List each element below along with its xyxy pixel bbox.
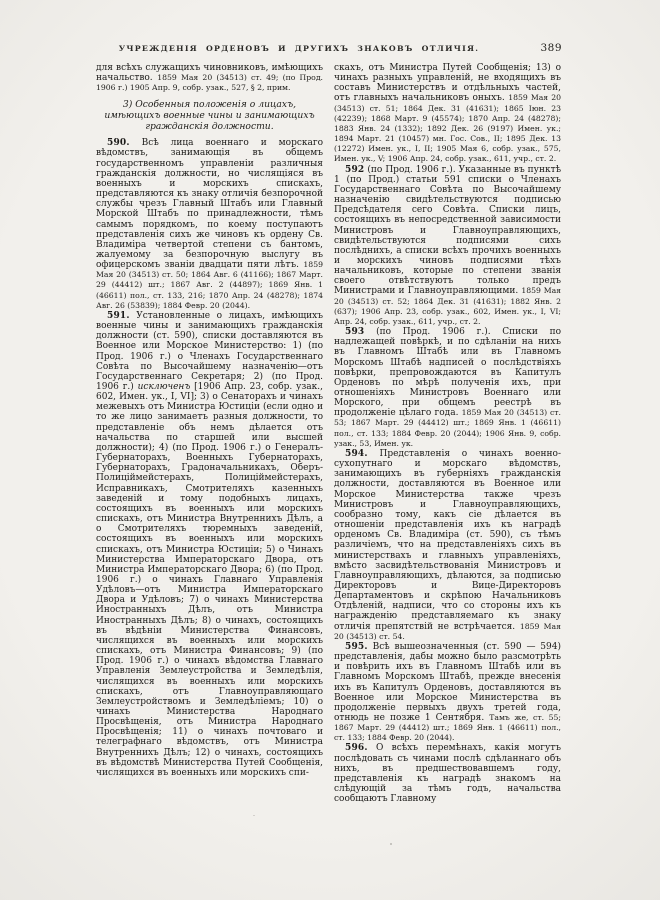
paragraph-continuation: для всѣхъ служащихъ чиновниковъ, имѣющих… (96, 63, 323, 93)
article-593: 593 (по Прод. 1906 г.). Списки по надлеж… (334, 327, 561, 449)
article-number: 596. (345, 743, 368, 753)
article-number: 593 (345, 327, 364, 337)
article-number: 594. (345, 449, 368, 459)
article-594: 594. Представленія о чинахъ военно-сухоп… (334, 449, 561, 642)
page-header: УЧРЕЖДЕНІЯ ОРДЕНОВЪ И ДРУГИХЪ ЗНАКОВЪ ОТ… (96, 44, 562, 58)
scan-speck (253, 815, 255, 816)
article-596: 596. О всѣхъ перемѣнахъ, какія могутъ по… (334, 743, 561, 804)
running-head: УЧРЕЖДЕНІЯ ОРДЕНОВЪ И ДРУГИХЪ ЗНАКОВЪ ОТ… (96, 44, 502, 53)
article-body: Всѣ вышеозначенныя (ст. 590 — 594) предс… (334, 642, 561, 723)
article-595: 595. Всѣ вышеозначенныя (ст. 590 — 594) … (334, 642, 561, 744)
article-number: 591. (107, 311, 130, 321)
article-body: (по Прод. 1906 г.). Списки по надлежащей… (334, 327, 561, 418)
page-number: 389 (540, 42, 562, 54)
article-body: Установленные о лицахъ, имѣющихъ военные… (96, 311, 323, 392)
article-citation: 1859 Мая 20 (34513) ст. 51; 1864 Дек. 31… (334, 93, 561, 163)
text-column-left: для всѣхъ служащихъ чиновниковъ, имѣющих… (96, 63, 323, 804)
article-body-italic: исключенъ (138, 382, 191, 392)
article-591-continued: скахъ, отъ Министра Путей Сообщенія; 13)… (334, 63, 561, 165)
scanned-page: УЧРЕЖДЕНІЯ ОРДЕНОВЪ И ДРУГИХЪ ЗНАКОВЪ ОТ… (0, 0, 660, 900)
article-body: О всѣхъ перемѣнахъ, какія могутъ послѣдо… (334, 743, 561, 804)
article-body: [1906 Апр. 23, собр. узак., 602, Имен. у… (96, 382, 323, 778)
article-number: 590. (107, 138, 130, 148)
text-block: для всѣхъ служащихъ чиновниковъ, имѣющих… (96, 63, 562, 804)
article-number: 592 (345, 165, 364, 175)
article-590: 590. Всѣ лица военнаго и морскаго вѣдомс… (96, 138, 323, 311)
scan-speck (390, 843, 392, 845)
section-heading: 3) Особенныя положенія о лицахъ, имѣющих… (100, 100, 319, 132)
article-592: 592 (по Прод. 1906 г.). Указанные въ пун… (334, 165, 561, 328)
text-column-right: скахъ, отъ Министра Путей Сообщенія; 13)… (334, 63, 561, 804)
article-body: Всѣ лица военнаго и морскаго вѣдомствъ, … (96, 138, 323, 270)
article-body: Представленія о чинахъ военно-сухопутнаг… (334, 449, 561, 632)
article-body: (по Прод. 1906 г.). Указанные въ пунктѣ … (334, 165, 561, 297)
article-number: 595. (345, 642, 368, 652)
article-591: 591. Установленные о лицахъ, имѣющихъ во… (96, 311, 323, 778)
